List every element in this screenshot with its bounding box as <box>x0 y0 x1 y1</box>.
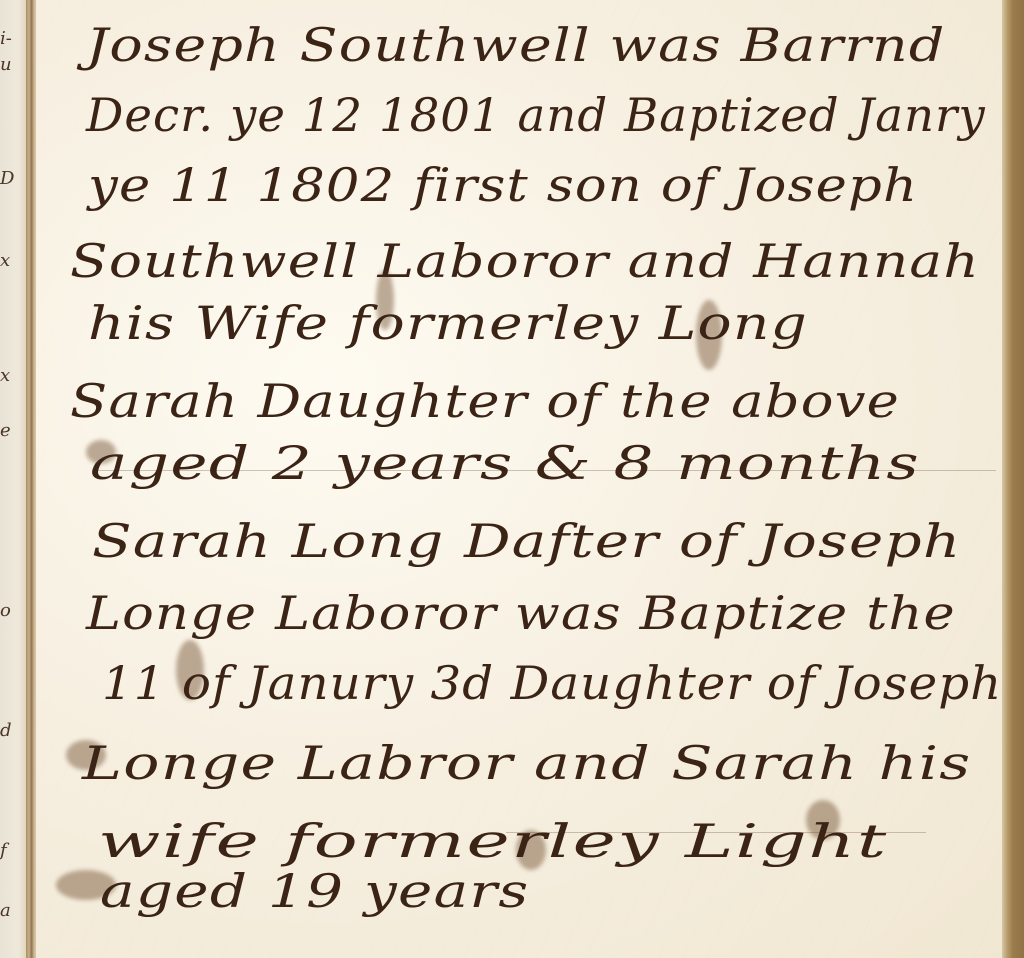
left-page-fragment: d <box>0 720 12 741</box>
manuscript-line-13: aged 19 years <box>100 868 529 914</box>
book-cover-edge <box>1002 0 1024 958</box>
left-page-fragment: e <box>0 420 11 441</box>
left-page-fragment: x <box>0 365 10 386</box>
manuscript-line-11: Longe Labror and Sarah his <box>82 740 971 786</box>
manuscript-line-2: Decr. ye 12 1801 and Baptized Janry <box>86 92 986 138</box>
manuscript-line-6: Sarah Daughter of the above <box>70 378 900 424</box>
left-page-fragment: D <box>0 168 14 189</box>
adjacent-page-edge: i- u D x x e o d f a <box>0 0 26 958</box>
left-page-fragment: a <box>0 900 11 921</box>
left-page-fragment: i- <box>0 28 12 49</box>
left-page-fragment: u <box>0 54 12 75</box>
manuscript-line-8: Sarah Long Dafter of Joseph <box>92 518 961 564</box>
left-page-fragment: x <box>0 250 10 271</box>
left-page-fragment: f <box>0 840 7 861</box>
register-page: Joseph Southwell was Barrnd Decr. ye 12 … <box>36 0 1002 958</box>
manuscript-line-9: Longe Laboror was Baptize the <box>86 590 956 636</box>
manuscript-line-7: aged 2 years & 8 months <box>90 440 920 486</box>
manuscript-line-4: Southwell Laboror and Hannah <box>70 238 980 284</box>
manuscript-line-5: his Wife formerley Long <box>88 300 808 346</box>
manuscript-line-12: wife formerley Light <box>98 818 888 864</box>
left-page-fragment: o <box>0 600 11 621</box>
manuscript-scan: i- u D x x e o d f a Joseph Southwell wa… <box>0 0 1024 958</box>
manuscript-line-10: 11 of Janury 3d Daughter of Joseph <box>102 660 1002 706</box>
book-gutter <box>26 0 36 958</box>
manuscript-line-3: ye 11 1802 first son of Joseph <box>88 162 918 208</box>
manuscript-line-1: Joseph Southwell was Barrnd <box>86 22 945 68</box>
